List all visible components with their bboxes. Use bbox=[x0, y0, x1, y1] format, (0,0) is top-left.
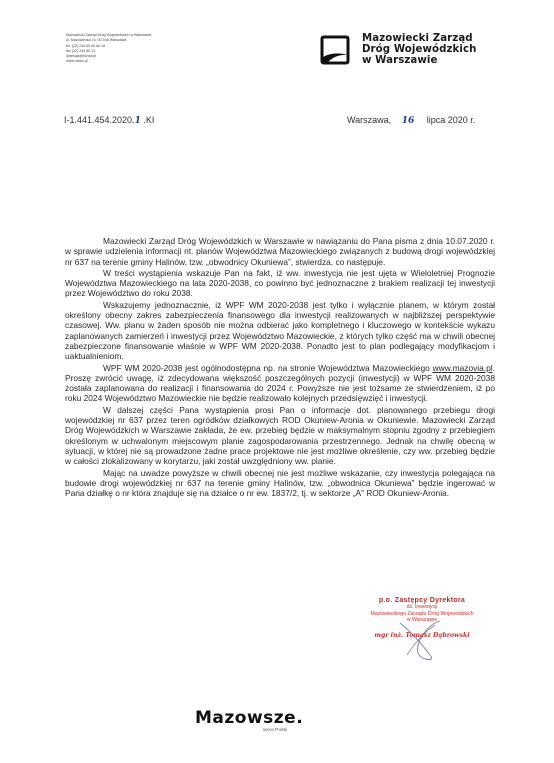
mazovia-link[interactable]: www.mazovia.pl bbox=[433, 363, 493, 373]
handwritten-day: 16 bbox=[402, 116, 415, 126]
sender-address-block: Mazowiecki Zarząd Dróg Wojewódzkich w Wa… bbox=[66, 33, 151, 65]
handwritten-signature-icon bbox=[395, 615, 455, 670]
address-line: www.mzdw.pl bbox=[66, 59, 151, 64]
mzdw-logo-text: Mazowiecki Zarząd Dróg Wojewódzkich w Wa… bbox=[362, 33, 476, 66]
paragraph: W treści wystąpienia wskazuje Pan na fak… bbox=[65, 268, 495, 299]
mazowsze-footer-logo: Mazowsze. serce Polski bbox=[195, 708, 303, 732]
paragraph: Mazowiecki Zarząd Dróg Wojewódzkich w Wa… bbox=[65, 236, 495, 267]
paragraph: W dalszej części Pana wystąpienia prosi … bbox=[65, 405, 495, 467]
paragraph: Mając na uwadze powyższe w chwili obecne… bbox=[65, 468, 495, 499]
letter-date: Warszawa, 16 lipca 2020 r. bbox=[347, 115, 475, 126]
logo-line: w Warszawie bbox=[362, 55, 476, 66]
logo-line: Mazowiecki Zarząd bbox=[362, 33, 476, 44]
paragraph: Wskazujemy jednoznacznie, iż WPF WM 2020… bbox=[65, 300, 495, 362]
text: WPF WM 2020-2038 jest ogólnodostępna np.… bbox=[103, 363, 433, 373]
date-month-year: lipca 2020 r. bbox=[427, 115, 476, 125]
mazowsze-brand: Mazowsze. bbox=[195, 708, 303, 728]
reference-suffix: .KI bbox=[141, 115, 155, 125]
date-city: Warszawa, bbox=[347, 115, 391, 125]
mzdw-road-logo-icon bbox=[320, 35, 350, 65]
mzdw-logo: Mazowiecki Zarząd Dróg Wojewódzkich w Wa… bbox=[320, 33, 476, 66]
reference-number: I-1.441.454.2020.1 .KI bbox=[64, 115, 154, 126]
letter-body: Mazowiecki Zarząd Dróg Wojewódzkich w Wa… bbox=[65, 236, 495, 499]
paragraph-with-link: WPF WM 2020-2038 jest ogólnodostępna np.… bbox=[65, 363, 495, 404]
reference-prefix: I-1.441.454.2020. bbox=[64, 115, 135, 125]
logo-line: Dróg Wojewódzkich bbox=[362, 44, 476, 55]
